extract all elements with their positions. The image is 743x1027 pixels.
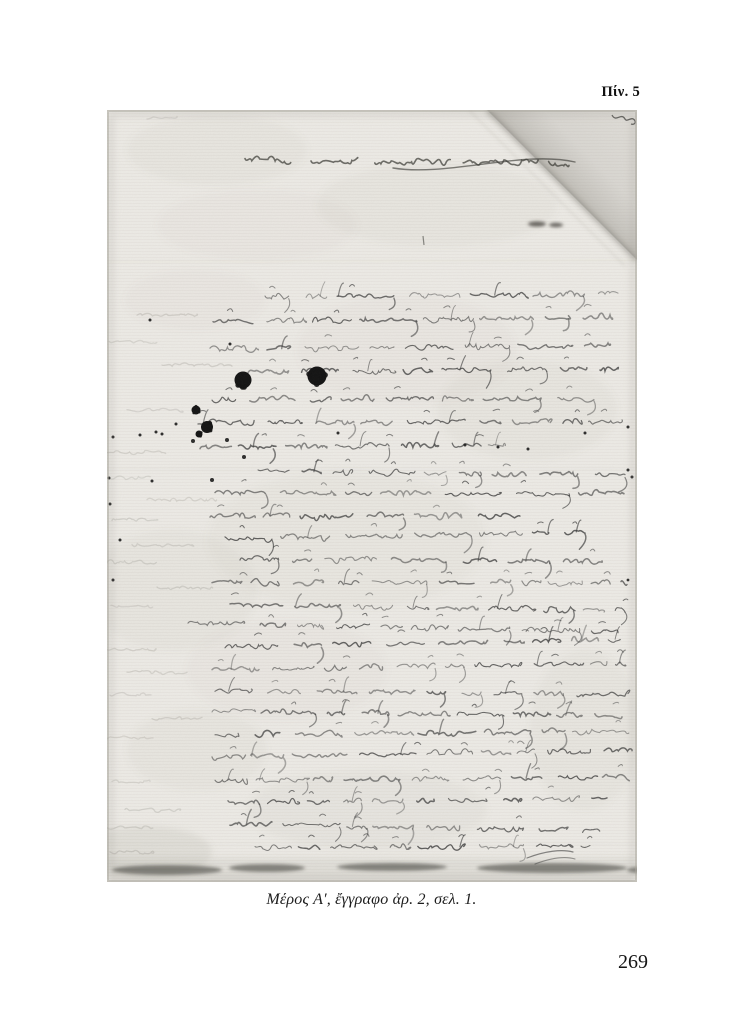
- manuscript-image: [107, 110, 637, 882]
- plate-label: Πίν. 5: [601, 84, 640, 101]
- page-number: 269: [618, 951, 648, 974]
- manuscript-scan: [107, 110, 637, 882]
- figure-caption: Μέρος Α′, ἔγγραφο ἀρ. 2, σελ. 1.: [0, 891, 743, 909]
